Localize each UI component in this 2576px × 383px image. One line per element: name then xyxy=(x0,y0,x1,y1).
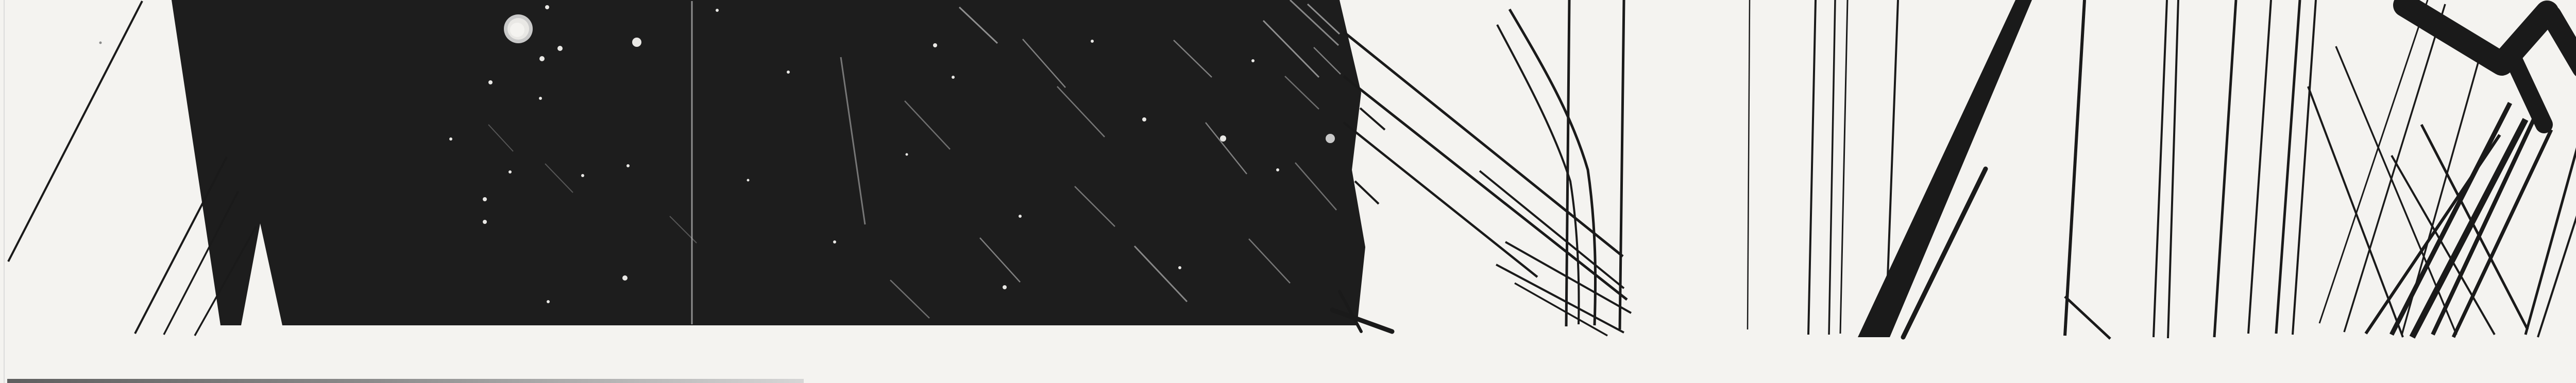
next-panel-edge-bar xyxy=(7,379,804,383)
manga-strip-scan: Scanned black-and-white manga page strip… xyxy=(0,0,2576,383)
panel-night-sky xyxy=(172,0,1385,325)
artwork-canvas xyxy=(0,0,2576,383)
